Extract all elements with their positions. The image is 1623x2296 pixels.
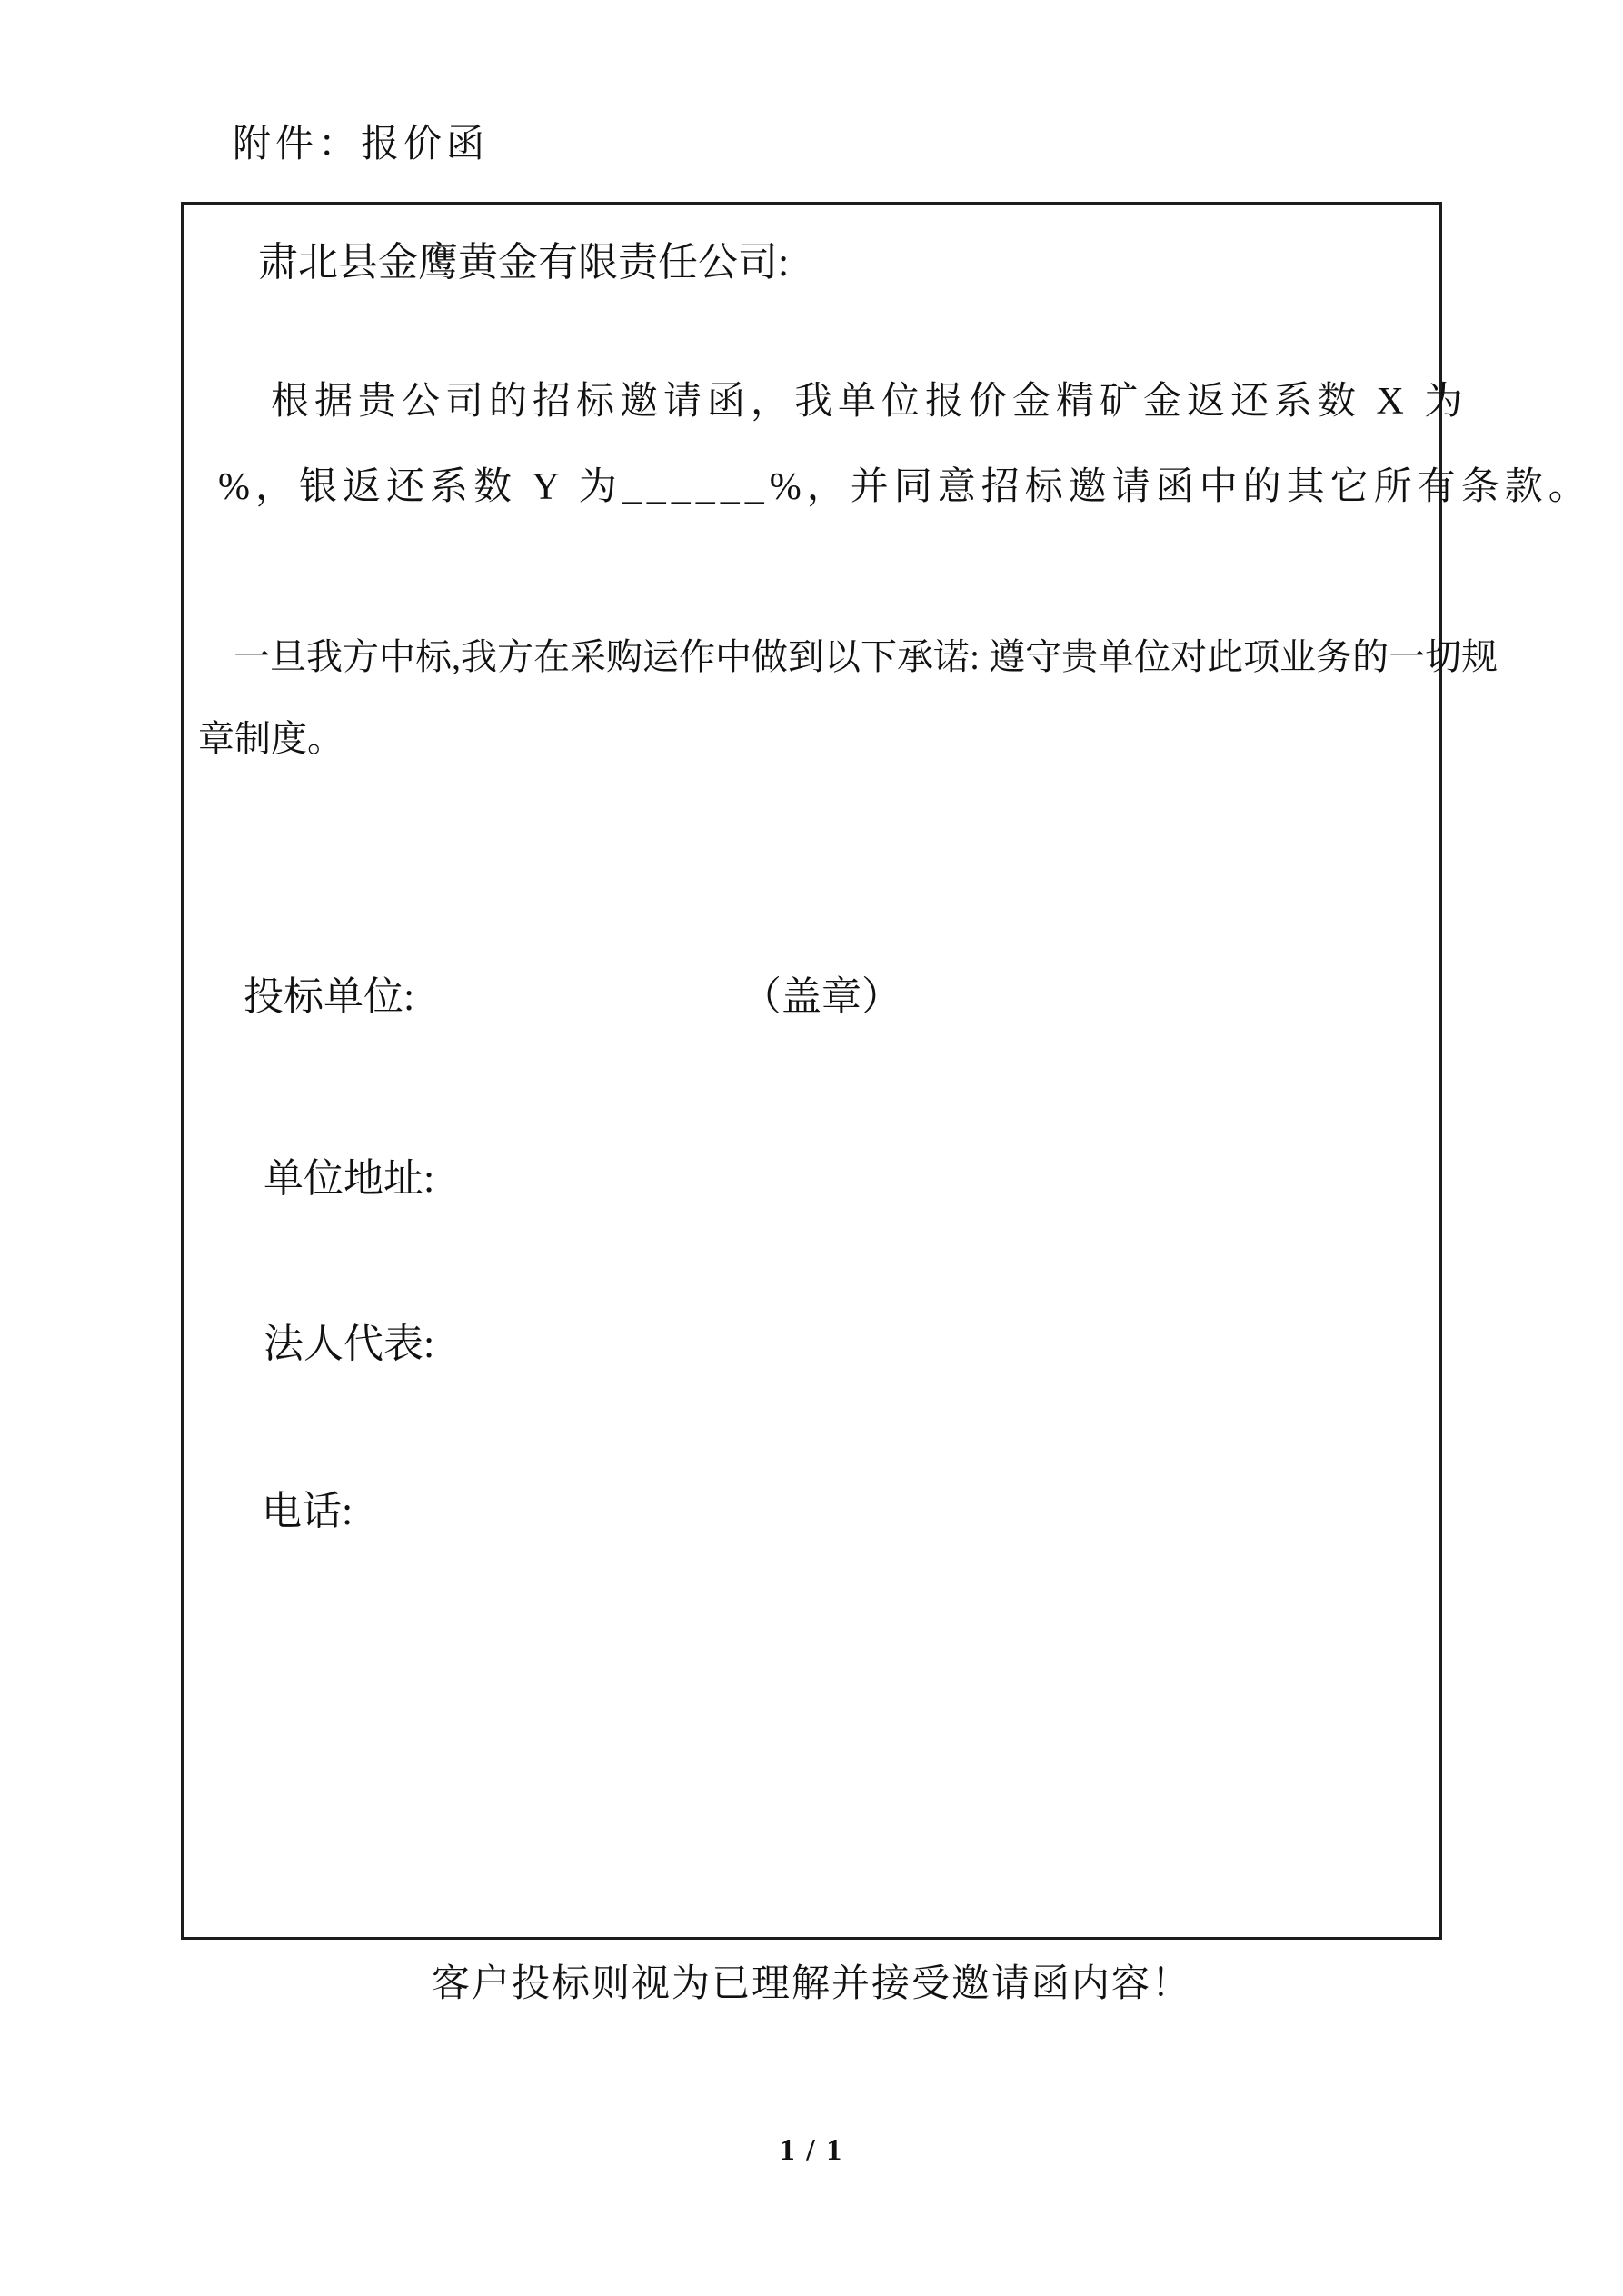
- bidder-unit-label: 投标单位:: [244, 973, 414, 1022]
- quote-paragraph-line-1: 根据贵公司的招标邀请函，我单位报价金精矿金返还系数 X 为: [271, 379, 1468, 424]
- seal-label: （盖章）: [742, 973, 901, 1022]
- footer-note: 客户投标则视为已理解并接受邀请函内容！: [0, 1962, 1623, 2007]
- recipient-salutation: 肃北县金鹰黄金有限责任公司:: [258, 239, 789, 287]
- page-number: 1 / 1: [0, 2132, 1623, 2170]
- attachment-title: 附件：报价函: [233, 122, 489, 167]
- phone-label: 电话:: [262, 1488, 353, 1536]
- commitment-paragraph-line-1: 一旦我方中标,我方在采购运作中做到以下承诺: 遵守贵单位对此项业务的一切规: [234, 635, 1498, 679]
- unit-address-label: 单位地址:: [264, 1155, 434, 1203]
- document-page: 附件：报价函 肃北县金鹰黄金有限责任公司: 根据贵公司的招标邀请函，我单位报价金…: [0, 0, 1623, 2296]
- quotation-letter-box: 肃北县金鹰黄金有限责任公司: 根据贵公司的招标邀请函，我单位报价金精矿金返还系数…: [181, 202, 1442, 1940]
- quote-paragraph-line-2: %，银返还系数 Y 为______%，并同意招标邀请函中的其它所有条款。: [218, 464, 1592, 510]
- legal-representative-label: 法人代表:: [264, 1321, 434, 1369]
- commitment-paragraph-line-2: 章制度。: [198, 717, 344, 761]
